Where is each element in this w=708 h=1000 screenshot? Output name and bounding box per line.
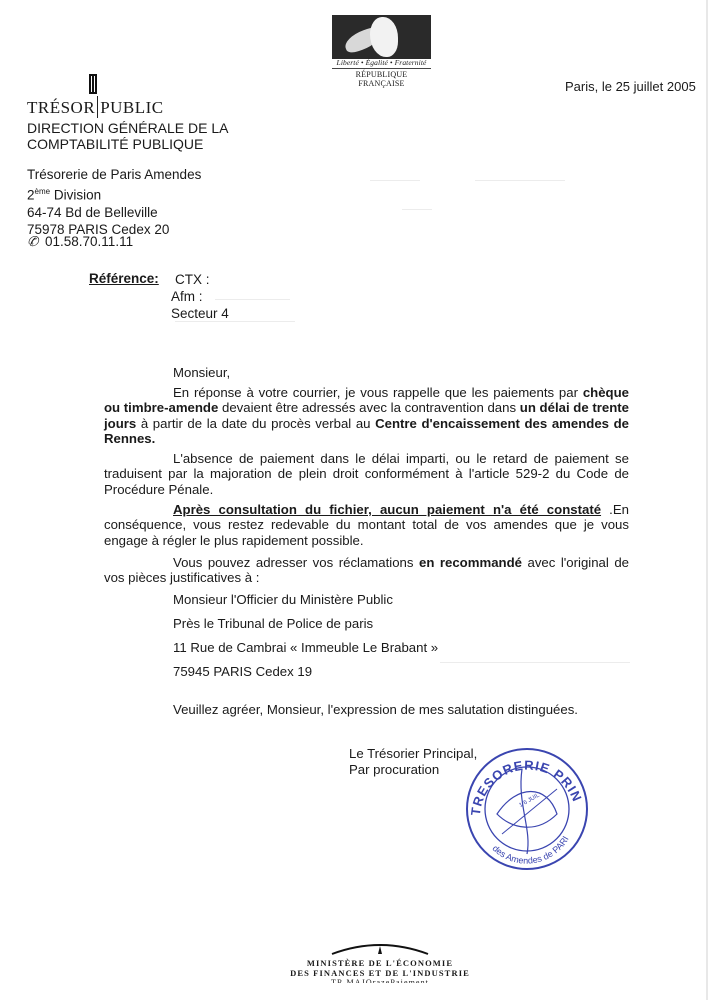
division-number: 2 [27, 188, 35, 203]
brand-divider [97, 96, 98, 118]
recipient-address-line-1: Monsieur l'Officier du Ministère Public [173, 592, 393, 607]
reference-sector: Secteur 4 [171, 305, 229, 322]
body-text: à partir de la date du procès verbal au [136, 416, 375, 431]
closing-formula: Veuillez agréer, Monsieur, l'expression … [173, 702, 578, 717]
reference-label: Référence: [89, 271, 159, 286]
paragraph-no-payment: Après consultation du fichier, aucun pai… [104, 502, 629, 548]
marianne-face-shape [370, 17, 398, 57]
direction-line-2: COMPTABILITÉ PUBLIQUE [27, 136, 229, 152]
ministry-name: MINISTÈRE DE L'ÉCONOMIE DES FINANCES ET … [282, 958, 478, 983]
division-label: Division [50, 188, 101, 203]
redacted-recipient-line [402, 209, 432, 210]
faint-scan-line [440, 662, 630, 663]
ministry-line-1: MINISTÈRE DE L'ÉCONOMIE [282, 958, 478, 968]
recipient-address-line-2: Près le Tribunal de Police de paris [173, 616, 373, 631]
recipient-address-line-4: 75945 PARIS Cedex 19 [173, 664, 312, 679]
column-icon [89, 74, 97, 94]
phone-number: 01.58.70.11.11 [45, 234, 133, 249]
office-name: Trésorerie de Paris Amendes [27, 166, 201, 183]
reference-afm: Afm : [171, 288, 229, 305]
letter-date: Paris, le 25 juillet 2005 [565, 79, 696, 94]
redacted-recipient-line [475, 180, 565, 181]
sender-street: 64-74 Bd de Belleville [27, 204, 201, 221]
signature-procuration: Par procuration [349, 762, 477, 778]
marianne-logo [332, 15, 431, 59]
phone-line: ✆01.58.70.11.11 [27, 234, 133, 250]
ministry-line-3: TR MAJOrazePaiement [282, 978, 478, 983]
republic-motto: Liberté • Égalité • Fraternité [332, 58, 431, 67]
tresor-public-brand: TRÉSORPUBLIC [27, 96, 164, 118]
telephone-icon: ✆ [27, 234, 45, 250]
official-stamp: TRESORERIE PRINCIPALE des Amendes de PAR… [462, 744, 592, 874]
redacted-recipient-line [370, 180, 420, 181]
claims-registered-mail: en recommandé [419, 555, 522, 570]
republic-name: RÉPUBLIQUE FRANÇAISE [332, 68, 431, 88]
reference-ctx: CTX : [171, 271, 229, 288]
sender-address: Trésorerie de Paris Amendes 2ème Divisio… [27, 166, 201, 238]
body-text: devaient être adressés avec la contraven… [218, 400, 519, 415]
direction-name: DIRECTION GÉNÉRALE DE LA COMPTABILITÉ PU… [27, 120, 229, 152]
ministry-arc-logo [330, 938, 430, 958]
redacted-reference-line [175, 321, 295, 322]
brand-right: PUBLIC [100, 98, 163, 117]
no-payment-emphasis: Après consultation du fichier, aucun pai… [173, 502, 601, 517]
reference-values: CTX : Afm : Secteur 4 [171, 271, 229, 322]
recipient-address-line-3: 11 Rue de Cambrai « Immeuble Le Brabant … [173, 640, 438, 655]
brand-left: TRÉSOR [27, 98, 95, 117]
division: 2ème Division [27, 183, 201, 204]
ministry-line-2: DES FINANCES ET DE L'INDUSTRIE [282, 968, 478, 978]
paragraph-payment-delay-text: En réponse à votre courrier, je vous rap… [104, 385, 629, 446]
division-suffix: ème [35, 187, 51, 196]
body-text: En réponse à votre courrier, je vous rap… [173, 385, 583, 400]
paragraph-claims: Vous pouvez adresser vos réclamations en… [104, 555, 629, 586]
paragraph-late-penalty: L'absence de paiement dans le délai impa… [104, 451, 629, 497]
signature-block: Le Trésorier Principal, Par procuration [349, 746, 477, 778]
redacted-reference-line [215, 299, 290, 300]
direction-line-1: DIRECTION GÉNÉRALE DE LA [27, 120, 229, 136]
paragraph-payment-delay: En réponse à votre courrier, je vous rap… [104, 385, 629, 446]
paragraph-late-penalty-text: L'absence de paiement dans le délai impa… [104, 451, 629, 497]
signature-title: Le Trésorier Principal, [349, 746, 477, 762]
claims-text-a: Vous pouvez adresser vos réclamations [173, 555, 419, 570]
salutation: Monsieur, [173, 365, 230, 380]
